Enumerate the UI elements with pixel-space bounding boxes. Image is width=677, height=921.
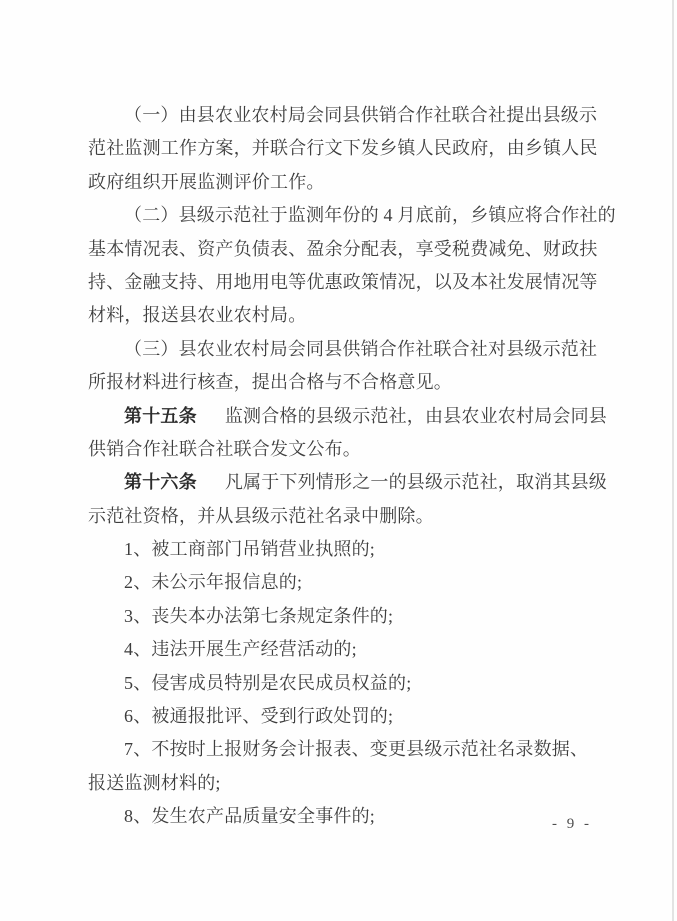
text-line: 2、未公示年报信息的; xyxy=(88,566,594,599)
line-text: （一）由县农业农村局会同县供销合作社联合社提出县级示 xyxy=(124,105,597,125)
line-text: 示范社资格，并从县级示范社名录中删除。 xyxy=(88,506,434,526)
line-text: 1、被工商部门吊销营业执照的; xyxy=(124,539,375,559)
text-line: 1、被工商部门吊销营业执照的; xyxy=(88,533,594,566)
text-line: 政府组织开展监测评价工作。 xyxy=(88,166,594,199)
line-text: 政府组织开展监测评价工作。 xyxy=(88,172,325,192)
line-text: 基本情况表、资产负债表、盈余分配表，享受税费减免、财政扶 xyxy=(88,239,598,259)
text-line: 报送监测材料的; xyxy=(88,767,594,800)
line-text: 6、被通报批评、受到行政处罚的; xyxy=(124,706,393,726)
text-line: 材料，报送县农业农村局。 xyxy=(88,299,594,332)
line-text: 2、未公示年报信息的; xyxy=(124,572,302,592)
line-text: （二）县级示范社于监测年份的 4 月底前，乡镇应将合作社的 xyxy=(124,205,616,225)
line-text: 持、金融支持、用地用电等优惠政策情况，以及本社发展情况等 xyxy=(88,272,598,292)
text-line: （一）由县农业农村局会同县供销合作社联合社提出县级示 xyxy=(88,99,594,132)
text-line: 持、金融支持、用地用电等优惠政策情况，以及本社发展情况等 xyxy=(88,266,594,299)
text-line: （二）县级示范社于监测年份的 4 月底前，乡镇应将合作社的 xyxy=(88,199,594,232)
line-text: 报送监测材料的; xyxy=(88,773,221,793)
line-text: 3、丧失本办法第七条规定条件的; xyxy=(124,606,393,626)
text-line: 范社监测工作方案，并联合行文下发乡镇人民政府，由乡镇人民 xyxy=(88,132,594,165)
text-line: 5、侵害成员特别是农民成员权益的; xyxy=(88,667,594,700)
text-line: 7、不按时上报财务会计报表、变更县级示范社名录数据、 xyxy=(88,733,594,766)
text-line: （三）县农业农村局会同县供销合作社联合社对县级示范社 xyxy=(88,333,594,366)
line-text: 所报材料进行核查，提出合格与不合格意见。 xyxy=(88,372,452,392)
text-line: 第十五条监测合格的县级示范社，由县农业农村局会同县 xyxy=(88,400,594,433)
scan-edge-line xyxy=(672,0,674,921)
text-line: 示范社资格，并从县级示范社名录中删除。 xyxy=(88,500,594,533)
text-line: 所报材料进行核查，提出合格与不合格意见。 xyxy=(88,366,594,399)
article-number: 第十六条 xyxy=(124,472,197,492)
article-number-spacer xyxy=(197,487,225,488)
line-text: （三）县农业农村局会同县供销合作社联合社对县级示范社 xyxy=(124,339,597,359)
line-text: 5、侵害成员特别是农民成员权益的; xyxy=(124,673,411,693)
document-page: （一）由县农业农村局会同县供销合作社联合社提出县级示范社监测工作方案，并联合行文… xyxy=(0,0,677,921)
text-line: 第十六条凡属于下列情形之一的县级示范社，取消其县级 xyxy=(88,466,594,499)
document-body: （一）由县农业农村局会同县供销合作社联合社提出县级示范社监测工作方案，并联合行文… xyxy=(88,99,594,834)
page-number: - 9 - xyxy=(88,816,592,833)
text-line: 4、违法开展生产经营活动的; xyxy=(88,633,594,666)
line-text: 供销合作社联合社联合发文公布。 xyxy=(88,439,361,459)
line-text: 凡属于下列情形之一的县级示范社，取消其县级 xyxy=(225,472,607,492)
line-text: 监测合格的县级示范社，由县农业农村局会同县 xyxy=(225,406,607,426)
line-text: 7、不按时上报财务会计报表、变更县级示范社名录数据、 xyxy=(124,739,588,759)
line-text: 范社监测工作方案，并联合行文下发乡镇人民政府，由乡镇人民 xyxy=(88,138,598,158)
text-line: 6、被通报批评、受到行政处罚的; xyxy=(88,700,594,733)
text-line: 3、丧失本办法第七条规定条件的; xyxy=(88,600,594,633)
article-number: 第十五条 xyxy=(124,406,197,426)
article-number-spacer xyxy=(197,421,225,422)
document-lines: （一）由县农业农村局会同县供销合作社联合社提出县级示范社监测工作方案，并联合行文… xyxy=(88,99,594,834)
line-text: 材料，报送县农业农村局。 xyxy=(88,305,306,325)
text-line: 供销合作社联合社联合发文公布。 xyxy=(88,433,594,466)
line-text: 4、违法开展生产经营活动的; xyxy=(124,639,357,659)
text-line: 基本情况表、资产负债表、盈余分配表，享受税费减免、财政扶 xyxy=(88,233,594,266)
